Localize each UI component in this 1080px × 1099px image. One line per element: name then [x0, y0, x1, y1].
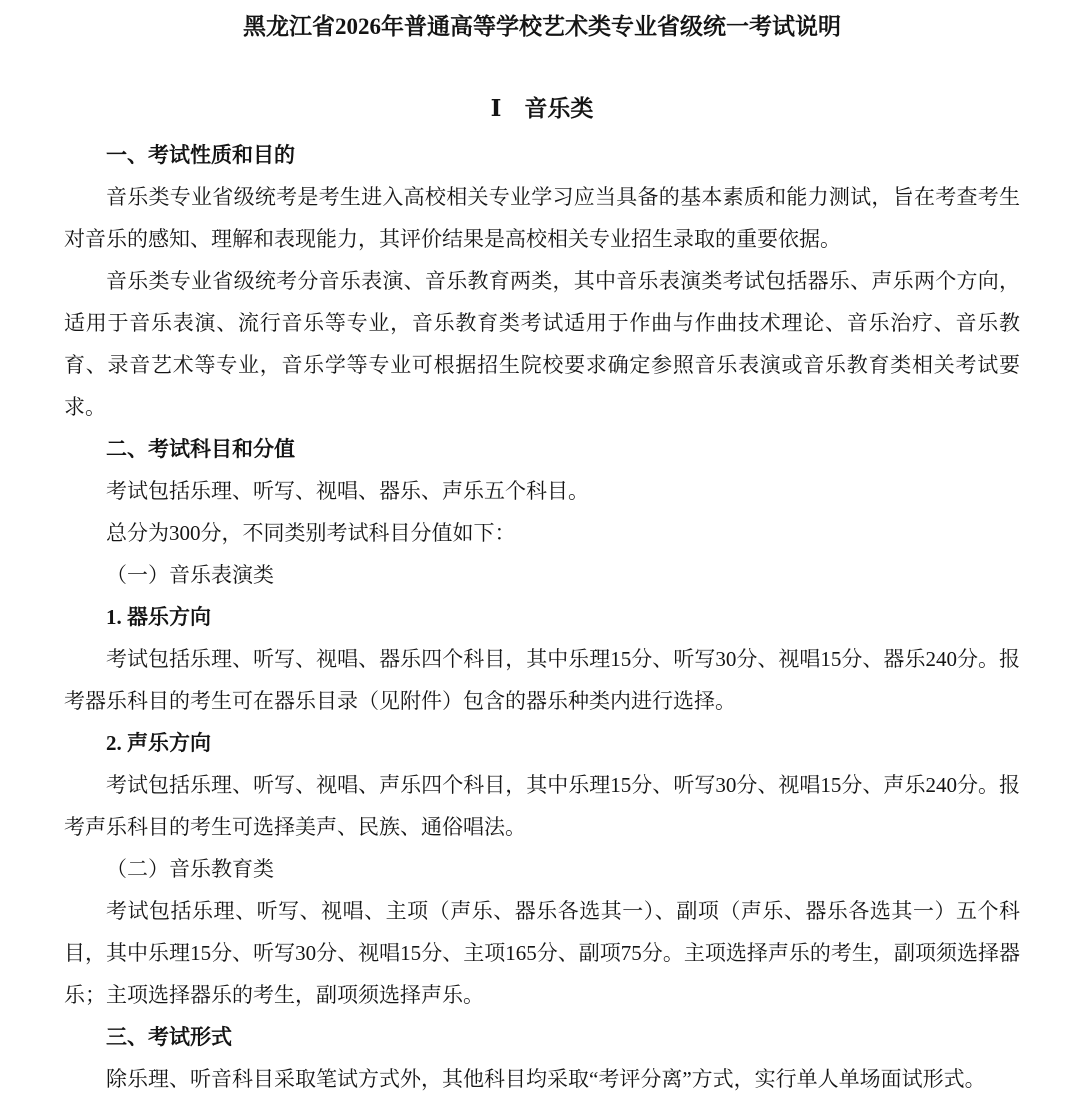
paragraph-exam-format: 除乐理、听音科目采取笔试方式外，其他科目均采取“考评分离”方式，实行单人单场面试…: [64, 1058, 1020, 1099]
direction-2-heading: 2. 声乐方向: [64, 722, 1020, 764]
paragraph-subjects: 考试包括乐理、听写、视唱、器乐、声乐五个科目。: [64, 470, 1020, 512]
section-3-heading: 三、考试形式: [64, 1016, 1020, 1058]
paragraph-exam-nature-2: 音乐类专业省级统考分音乐表演、音乐教育两类，其中音乐表演类考试包括器乐、声乐两个…: [64, 260, 1020, 428]
section-2-heading: 二、考试科目和分值: [64, 428, 1020, 470]
direction-1-heading: 1. 器乐方向: [64, 596, 1020, 638]
paragraph-vocal: 考试包括乐理、听写、视唱、声乐四个科目，其中乐理15分、听写30分、视唱15分、…: [64, 764, 1020, 848]
paragraph-instrumental: 考试包括乐理、听写、视唱、器乐四个科目，其中乐理15分、听写30分、视唱15分、…: [64, 638, 1020, 722]
paragraph-total-score: 总分为300分，不同类别考试科目分值如下：: [64, 512, 1020, 554]
part-heading-music: Ⅰ 音乐类: [64, 94, 1020, 124]
paragraph-exam-nature-1: 音乐类专业省级统考是考生进入高校相关专业学习应当具备的基本素质和能力测试，旨在考…: [64, 176, 1020, 260]
paragraph-education: 考试包括乐理、听写、视唱、主项（声乐、器乐各选其一）、副项（声乐、器乐各选其一）…: [64, 890, 1020, 1016]
section-1-heading: 一、考试性质和目的: [64, 134, 1020, 176]
subsection-performance-label: （一）音乐表演类: [64, 554, 1020, 596]
subsection-education-label: （二）音乐教育类: [64, 848, 1020, 890]
document-page: 黑龙江省2026年普通高等学校艺术类专业省级统一考试说明 Ⅰ 音乐类 一、考试性…: [0, 0, 1080, 1099]
document-body: 一、考试性质和目的 音乐类专业省级统考是考生进入高校相关专业学习应当具备的基本素…: [64, 134, 1020, 1099]
document-title: 黑龙江省2026年普通高等学校艺术类专业省级统一考试说明: [64, 12, 1020, 42]
